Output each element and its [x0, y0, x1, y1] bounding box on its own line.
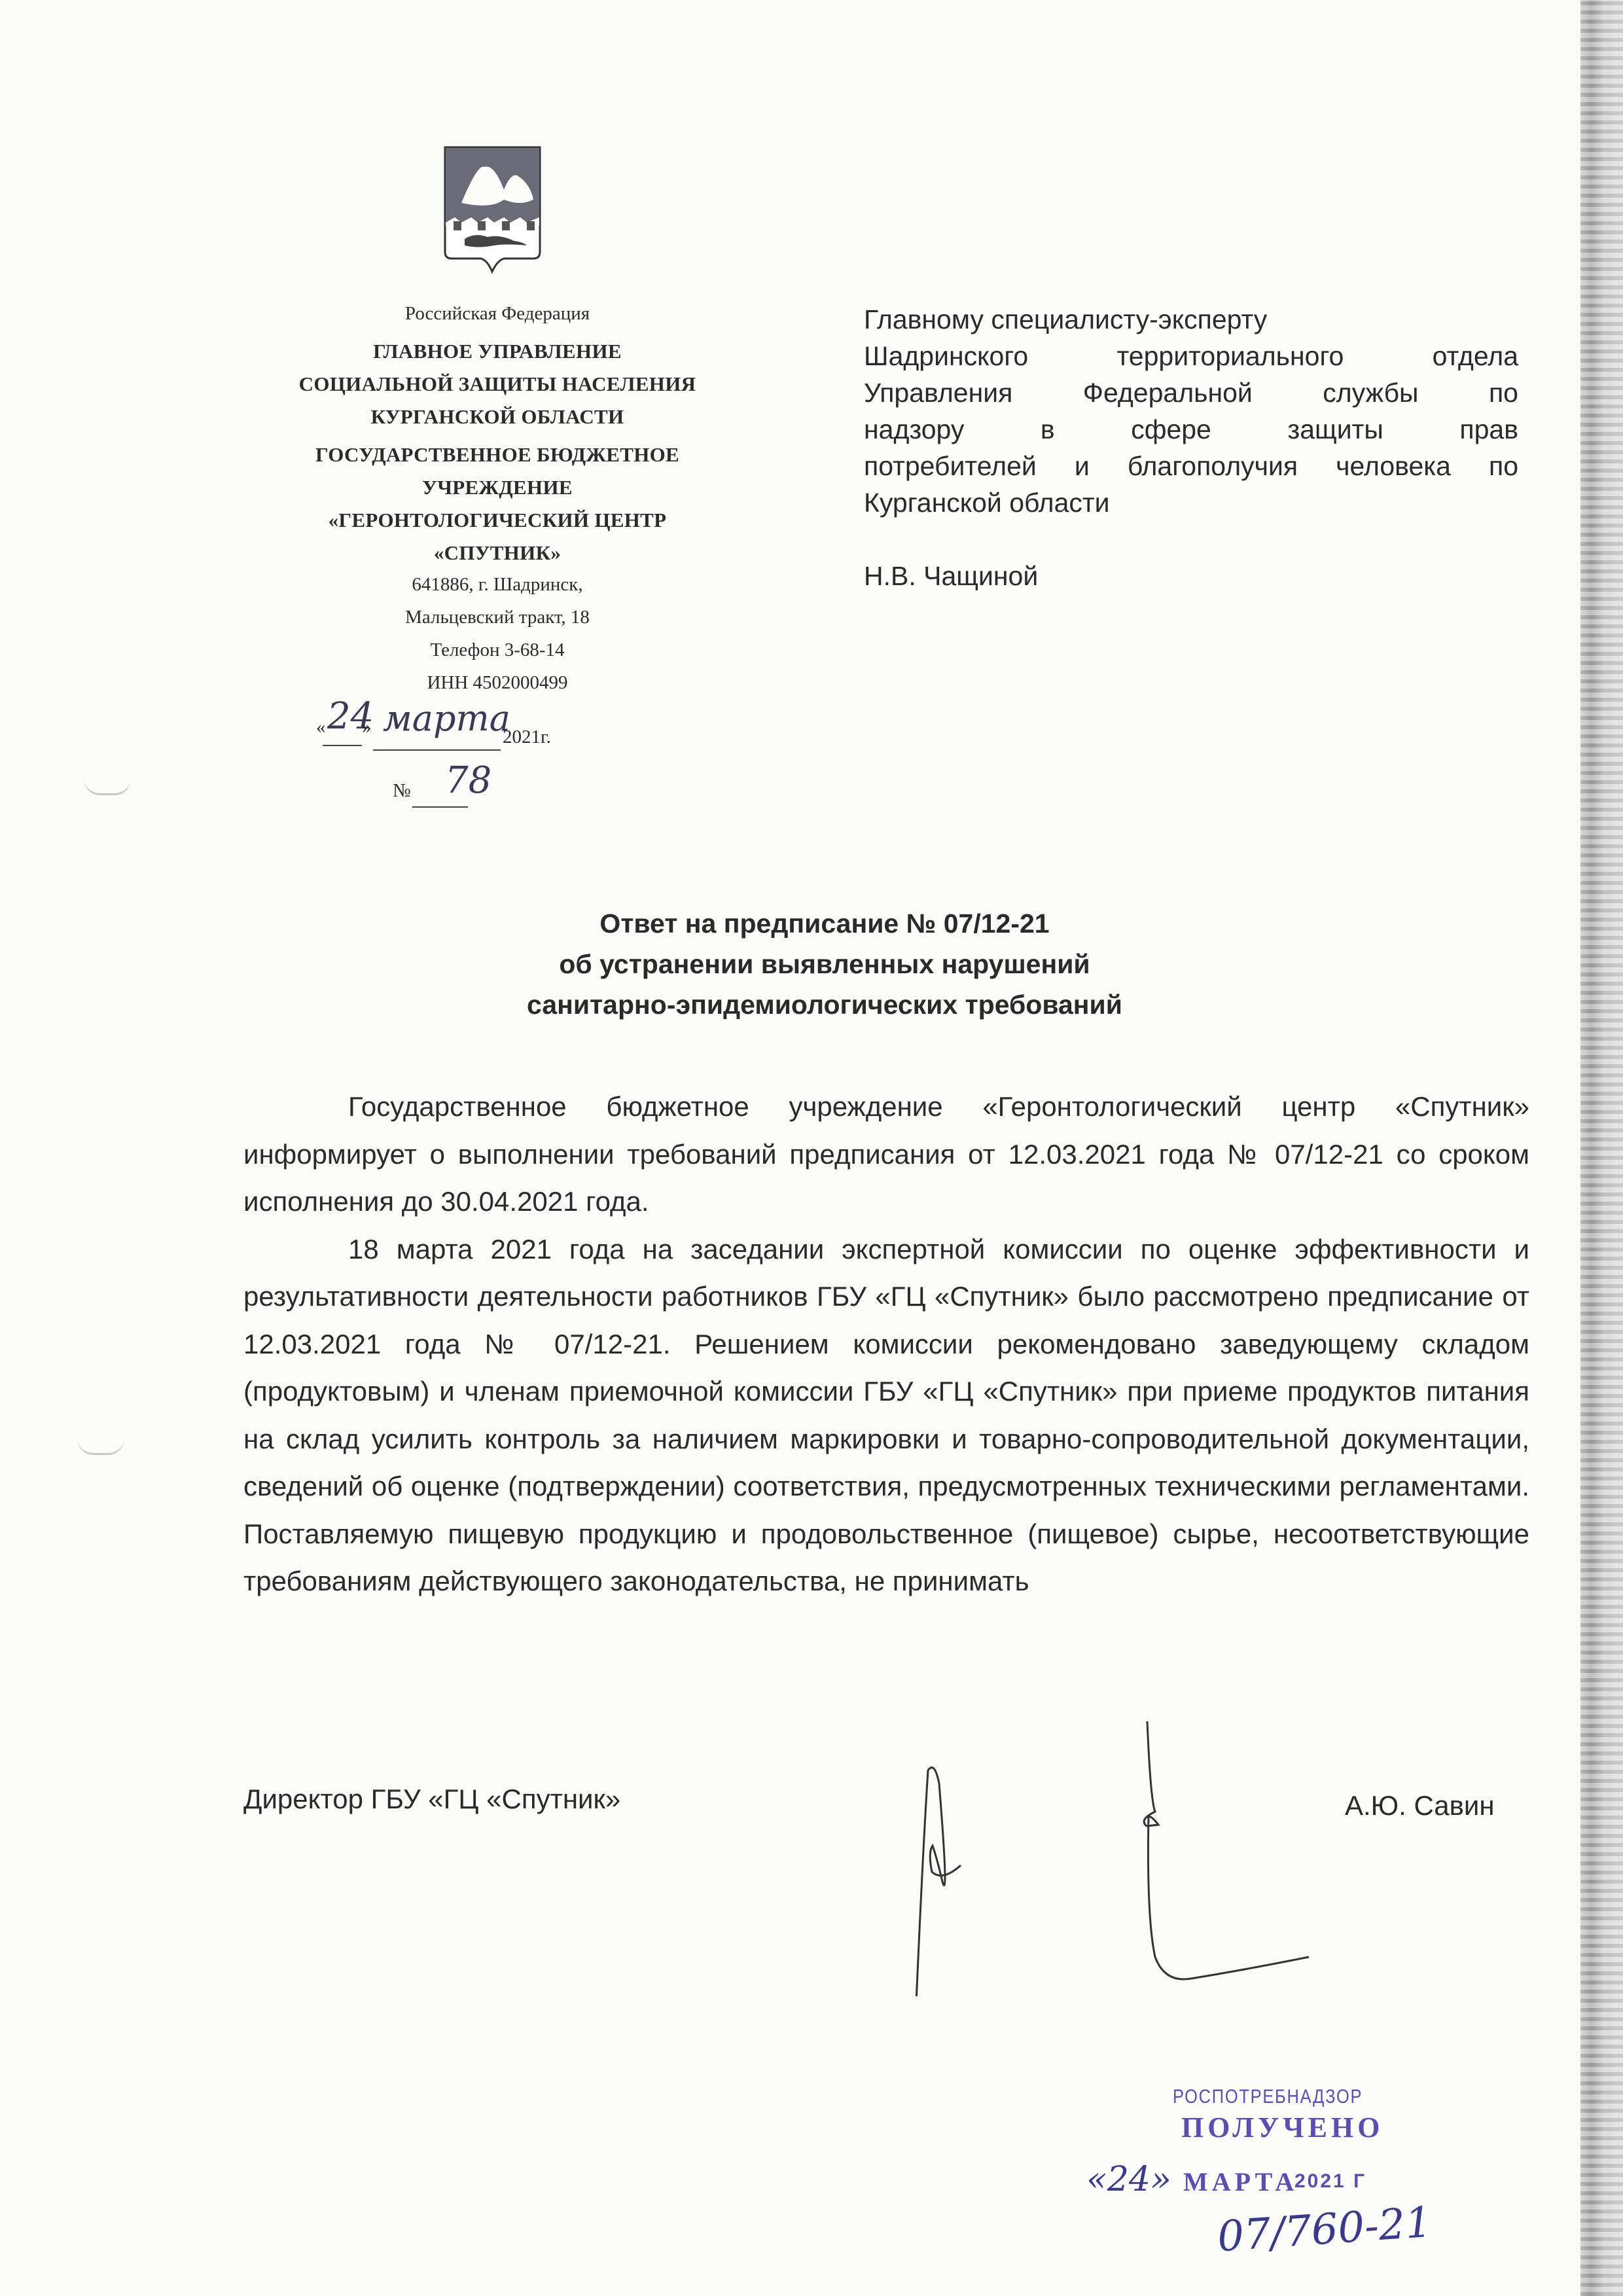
punch-hole-bottom [77, 1439, 124, 1455]
document-title: Ответ на предписание № 07/12-21 об устра… [366, 903, 1283, 1025]
stamp-organization: РОСПОТРЕБНАДЗОР [1173, 2086, 1363, 2108]
handwritten-number: 78 [445, 759, 491, 802]
addressee-block: Главному специалисту-эксперту Шадринског… [864, 301, 1518, 594]
ministry-name: ГЛАВНОЕ УПРАВЛЕНИЕ СОЦИАЛЬНОЙ ЗАЩИТЫ НАС… [262, 335, 733, 433]
stamp-registration-number: 07/760-21 [1216, 2198, 1434, 2262]
body-paragraph: 18 марта 2021 года на заседании экспертн… [243, 1226, 1529, 1605]
inn-number: ИНН 4502000499 [262, 666, 733, 699]
signatory-role: Директор ГБУ «ГЦ «Спутник» [243, 1784, 620, 1815]
letter-body: Государственное бюджетное учреждение «Ге… [243, 1083, 1529, 1605]
institution-name: ГОСУДАРСТВЕННОЕ БЮДЖЕТНОЕ УЧРЕЖДЕНИЕ «ГЕ… [262, 439, 733, 569]
coat-of-arms-icon [442, 144, 543, 275]
body-paragraph: Государственное бюджетное учреждение «Ге… [243, 1083, 1529, 1226]
punch-hole-top [84, 779, 131, 795]
handwritten-signature-icon [851, 1721, 1571, 1996]
received-stamp: РОСПОТРЕБНАДЗОР ПОЛУЧЕНО «24» МАРТА 2021… [1113, 2049, 1538, 2271]
stamp-status: ПОЛУЧЕНО [1181, 2111, 1383, 2144]
addressee-name: Н.В. Чащиной [864, 558, 1518, 594]
institution-address: 641886, г. Шадринск, Мальцевский тракт, … [262, 568, 733, 699]
phone-number: Телефон 3-68-14 [262, 634, 733, 666]
handwritten-month: марта [383, 698, 510, 739]
stamp-handwritten-day: «24» [1086, 2160, 1171, 2199]
country-label: Российская Федерация [262, 304, 733, 323]
signatory-name: А.Ю. Савин [1345, 1790, 1495, 1821]
scan-edge-shadow [1580, 0, 1623, 2296]
